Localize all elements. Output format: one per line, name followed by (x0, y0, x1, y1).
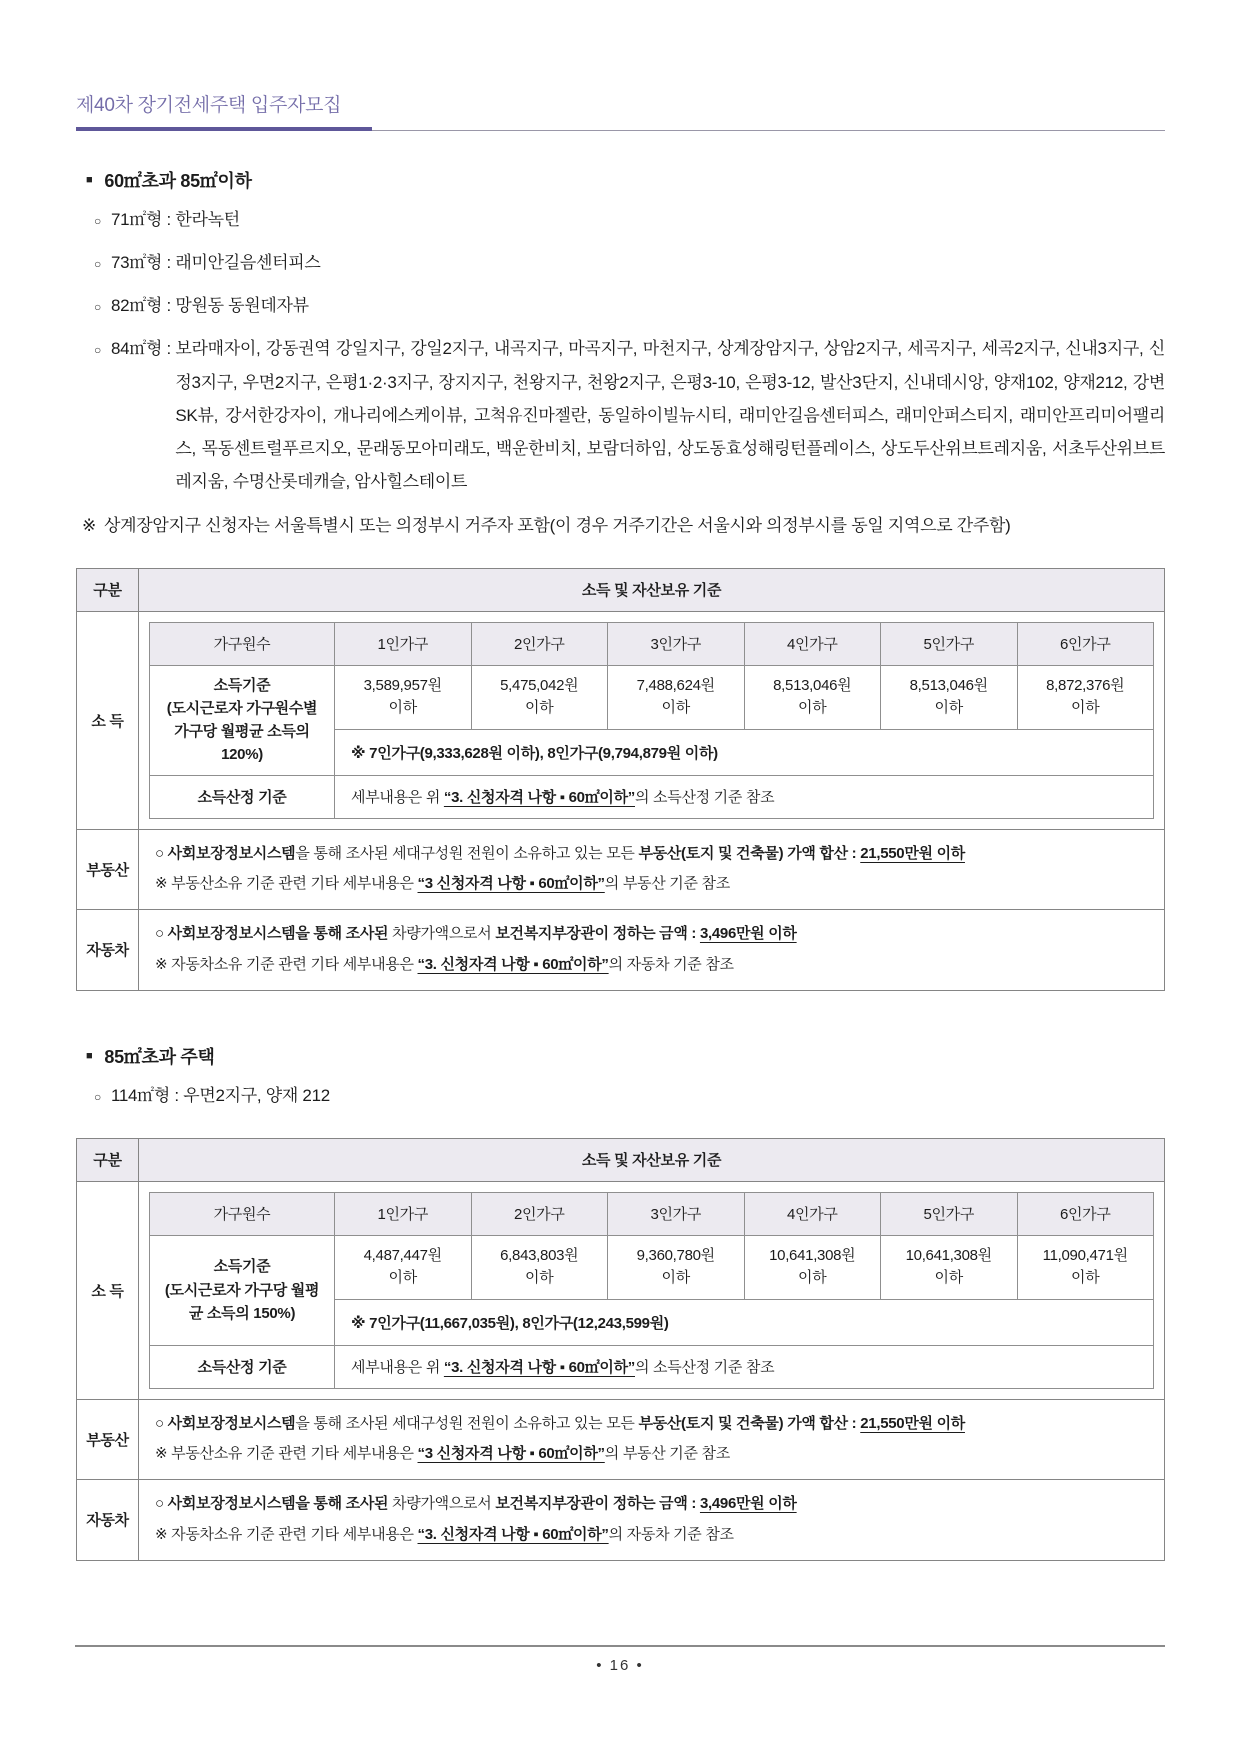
circle-bullet-icon: ○ (94, 210, 101, 236)
income-value-4: 10,641,308원이하 (744, 1235, 881, 1299)
circle-bullet-icon: ○ (94, 296, 101, 322)
item-label: 84㎡형 (111, 332, 162, 498)
section-reference: “3 신청자격 나항 ▪ 60㎡이하” (418, 875, 605, 892)
item-label: 71㎡형 (111, 203, 162, 236)
car-line-2: ※ 자동차소유 기준 관련 기타 세부내용은 “3. 신청자격 나항 ▪ 60㎡… (155, 950, 1148, 981)
list-item-114: ○ 114㎡형 : 우면2지구, 양재 212 (94, 1079, 1165, 1112)
item-value: 한라녹턴 (175, 203, 1165, 236)
income-row-label: 소 득 (77, 1181, 139, 1399)
sanggye-note: ※ 상계장암지구 신청자는 서울특별시 또는 의정부시 거주자 포함(이 경우 … (82, 510, 1165, 541)
item-value: 망원동 동원데자뷰 (175, 289, 1165, 322)
gubun-header-cell: 구분 (77, 1138, 139, 1181)
item-colon: : (162, 246, 175, 279)
household-1-header: 1인가구 (335, 622, 472, 665)
income-row-label: 소 득 (77, 611, 139, 829)
income-value-5: 8,513,046원이하 (881, 665, 1018, 729)
note-text: 상계장암지구 신청자는 서울특별시 또는 의정부시 거주자 포함(이 경우 거주… (104, 510, 1165, 541)
section-reference: “3. 신청자격 나항 ▪ 60㎡이하” (418, 1526, 609, 1543)
realestate-line-2: ※ 부동산소유 기준 관련 기타 세부내용은 “3 신청자격 나항 ▪ 60㎡이… (155, 869, 1148, 900)
item-value: 보라매자이, 강동권역 강일지구, 강일2지구, 내곡지구, 마곡지구, 마천지… (175, 332, 1165, 498)
income-inner-table: 가구원수 1인가구 2인가구 3인가구 4인가구 5인가구 6인가구 소득기준 … (149, 1192, 1154, 1389)
amount-limit: 21,550만원 이하 (860, 1415, 965, 1432)
income-standard-label: 소득기준 (도시근로자 가구당 월평균 소득의 150%) (150, 1235, 335, 1345)
household-6-header: 6인가구 (1017, 1192, 1154, 1235)
income-value-3: 9,360,780원이하 (608, 1235, 745, 1299)
car-detail-cell: ○ 사회보장정보시스템을 통해 조사된 차량가액으로서 보건복지부장관이 정하는… (139, 1480, 1165, 1561)
income-inner-table: 가구원수 1인가구 2인가구 3인가구 4인가구 5인가구 6인가구 소득기준 … (149, 622, 1154, 819)
item-colon: : (162, 332, 175, 498)
item-colon: : (162, 289, 175, 322)
circle-bullet-icon: ○ (94, 1086, 101, 1112)
income-value-6: 8,872,376원이하 (1017, 665, 1154, 729)
title-rule (76, 126, 1165, 131)
criteria-table-over-85: 구분 소득 및 자산보유 기준 소 득 가구원수 1인가구 2인가구 3인가구 … (76, 1138, 1165, 1561)
list-item-82: ○ 82㎡형 : 망원동 동원데자뷰 (94, 289, 1165, 322)
household-3-header: 3인가구 (608, 1192, 745, 1235)
title-rule-thick-line (76, 127, 372, 131)
item-colon: : (170, 1079, 183, 1112)
income-detail-cell: 가구원수 1인가구 2인가구 3인가구 4인가구 5인가구 6인가구 소득기준 … (139, 1181, 1165, 1399)
circle-bullet-icon: ○ (94, 339, 101, 498)
square-bullet-icon: ■ (86, 1050, 92, 1062)
income-value-1: 3,589,957원이하 (335, 665, 472, 729)
income-value-2: 5,475,042원이하 (471, 665, 608, 729)
car-row-label: 자동차 (77, 1480, 139, 1561)
square-bullet-icon: ■ (86, 174, 92, 186)
realestate-detail-cell: ○ 사회보장정보시스템을 통해 조사된 세대구성원 전원이 소유하고 있는 모든… (139, 1399, 1165, 1480)
section-reference: “3. 신청자격 나항 ▪ 60㎡이하” (418, 956, 609, 973)
car-row-label: 자동차 (77, 910, 139, 991)
realestate-row-label: 부동산 (77, 1399, 139, 1480)
circle-bullet-icon: ○ (155, 1415, 168, 1432)
circle-bullet-icon: ○ (94, 253, 101, 279)
income-calc-label: 소득산정 기준 (150, 1345, 335, 1388)
car-line-1: ○ 사회보장정보시스템을 통해 조사된 차량가액으로서 보건복지부장관이 정하는… (155, 1489, 1148, 1520)
income-detail-cell: 가구원수 1인가구 2인가구 3인가구 4인가구 5인가구 6인가구 소득기준 … (139, 611, 1165, 829)
household-4-header: 4인가구 (744, 622, 881, 665)
income-standard-label: 소득기준 (도시근로자 가구원수별 가구당 월평균 소득의 120%) (150, 665, 335, 775)
section-heading-60-85: ■ 60㎡초과 85㎡이하 (86, 167, 1165, 193)
car-detail-cell: ○ 사회보장정보시스템을 통해 조사된 차량가액으로서 보건복지부장관이 정하는… (139, 910, 1165, 991)
criteria-header-cell: 소득 및 자산보유 기준 (139, 1138, 1165, 1181)
circle-bullet-icon: ○ (155, 1495, 168, 1512)
household-1-header: 1인가구 (335, 1192, 472, 1235)
household-3-header: 3인가구 (608, 622, 745, 665)
income-value-4: 8,513,046원이하 (744, 665, 881, 729)
income-calc-text: 세부내용은 위 “3. 신청자격 나항 ▪ 60㎡이하”의 소득산정 기준 참조 (335, 1345, 1154, 1388)
household-5-header: 5인가구 (881, 1192, 1018, 1235)
item-label: 73㎡형 (111, 246, 162, 279)
circle-bullet-icon: ○ (155, 925, 168, 942)
income-value-1: 4,487,447원이하 (335, 1235, 472, 1299)
section-title: 85㎡초과 주택 (104, 1043, 214, 1069)
realestate-row-label: 부동산 (77, 829, 139, 910)
reference-mark-icon: ※ (82, 510, 96, 541)
amount-limit: 3,496만원 이하 (700, 1495, 797, 1512)
criteria-table-60-85: 구분 소득 및 자산보유 기준 소 득 가구원수 1인가구 2인가구 3인가구 … (76, 568, 1165, 991)
realestate-line-1: ○ 사회보장정보시스템을 통해 조사된 세대구성원 전원이 소유하고 있는 모든… (155, 1409, 1148, 1440)
item-value: 우면2지구, 양재 212 (183, 1079, 1165, 1112)
section-reference: “3. 신청자격 나항 ▪ 60㎡이하” (444, 789, 635, 806)
household-size-header: 가구원수 (150, 622, 335, 665)
car-line-1: ○ 사회보장정보시스템을 통해 조사된 차량가액으로서 보건복지부장관이 정하는… (155, 919, 1148, 950)
household-7-8-note: ※ 7인가구(9,333,628원 이하), 8인가구(9,794,879원 이… (335, 729, 1154, 775)
page-header: 제40차 장기전세주택 입주자모집 (76, 0, 1165, 131)
list-item-84: ○ 84㎡형 : 보라매자이, 강동권역 강일지구, 강일2지구, 내곡지구, … (94, 332, 1165, 498)
amount-limit: 21,550만원 이하 (860, 845, 965, 862)
section-reference: “3 신청자격 나항 ▪ 60㎡이하” (418, 1445, 605, 1462)
section-reference: “3. 신청자격 나항 ▪ 60㎡이하” (444, 1359, 635, 1376)
circle-bullet-icon: ○ (155, 845, 168, 862)
income-value-5: 10,641,308원이하 (881, 1235, 1018, 1299)
income-value-3: 7,488,624원이하 (608, 665, 745, 729)
item-value: 래미안길음센터피스 (175, 246, 1165, 279)
section-heading-over-85: ■ 85㎡초과 주택 (86, 1043, 1165, 1069)
income-calc-label: 소득산정 기준 (150, 775, 335, 818)
section-title: 60㎡초과 85㎡이하 (104, 167, 251, 193)
income-value-2: 6,843,803원이하 (471, 1235, 608, 1299)
realestate-line-1: ○ 사회보장정보시스템을 통해 조사된 세대구성원 전원이 소유하고 있는 모든… (155, 839, 1148, 870)
item-label: 114㎡형 (111, 1079, 170, 1112)
household-2-header: 2인가구 (471, 1192, 608, 1235)
page-title: 제40차 장기전세주택 입주자모집 (76, 90, 1165, 117)
household-6-header: 6인가구 (1017, 622, 1154, 665)
realestate-detail-cell: ○ 사회보장정보시스템을 통해 조사된 세대구성원 전원이 소유하고 있는 모든… (139, 829, 1165, 910)
car-line-2: ※ 자동차소유 기준 관련 기타 세부내용은 “3. 신청자격 나항 ▪ 60㎡… (155, 1520, 1148, 1551)
realestate-line-2: ※ 부동산소유 기준 관련 기타 세부내용은 “3 신청자격 나항 ▪ 60㎡이… (155, 1439, 1148, 1470)
gubun-header-cell: 구분 (77, 568, 139, 611)
income-calc-text: 세부내용은 위 “3. 신청자격 나항 ▪ 60㎡이하”의 소득산정 기준 참조 (335, 775, 1154, 818)
household-2-header: 2인가구 (471, 622, 608, 665)
criteria-header-cell: 소득 및 자산보유 기준 (139, 568, 1165, 611)
item-colon: : (162, 203, 175, 236)
item-label: 82㎡형 (111, 289, 162, 322)
page-footer: • 16 • (75, 1645, 1165, 1674)
household-size-header: 가구원수 (150, 1192, 335, 1235)
household-7-8-note: ※ 7인가구(11,667,035원), 8인가구(12,243,599원) (335, 1299, 1154, 1345)
amount-limit: 3,496만원 이하 (700, 925, 797, 942)
income-value-6: 11,090,471원이하 (1017, 1235, 1154, 1299)
list-item-71: ○ 71㎡형 : 한라녹턴 (94, 203, 1165, 236)
household-4-header: 4인가구 (744, 1192, 881, 1235)
page-content: 제40차 장기전세주택 입주자모집 ■ 60㎡초과 85㎡이하 ○ 71㎡형 :… (0, 0, 1241, 1561)
household-5-header: 5인가구 (881, 622, 1018, 665)
page-number: • 16 • (596, 1657, 644, 1674)
list-item-73: ○ 73㎡형 : 래미안길음센터피스 (94, 246, 1165, 279)
